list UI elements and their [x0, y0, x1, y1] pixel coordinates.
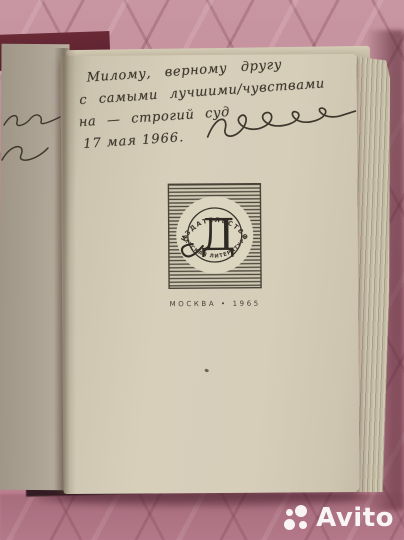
page-speck — [204, 368, 209, 372]
signature — [202, 96, 362, 149]
book-gutter-shadow — [54, 48, 76, 494]
publisher-emblem-block: ИЗДАТЕЛЬСТВО ДЕТСКАЯ ЛИТЕРАТУРА Д МОСКВА… — [167, 183, 262, 309]
imprint-city-year: МОСКВА • 1965 — [168, 300, 262, 309]
avito-watermark: Avito — [284, 503, 394, 533]
avito-watermark-label: Avito — [316, 503, 394, 533]
right-page: Милому, верному другу с самыми лучшими/ч… — [60, 54, 359, 494]
left-page-writing-fragment — [0, 140, 52, 168]
emblem-letter-D: Д — [200, 210, 236, 261]
avito-dots-icon — [284, 505, 311, 532]
publisher-emblem: ИЗДАТЕЛЬСТВО ДЕТСКАЯ ЛИТЕРАТУРА Д — [167, 183, 262, 290]
photo-of-book-on-quilt: Милому, верному другу с самыми лучшими/ч… — [0, 0, 404, 540]
